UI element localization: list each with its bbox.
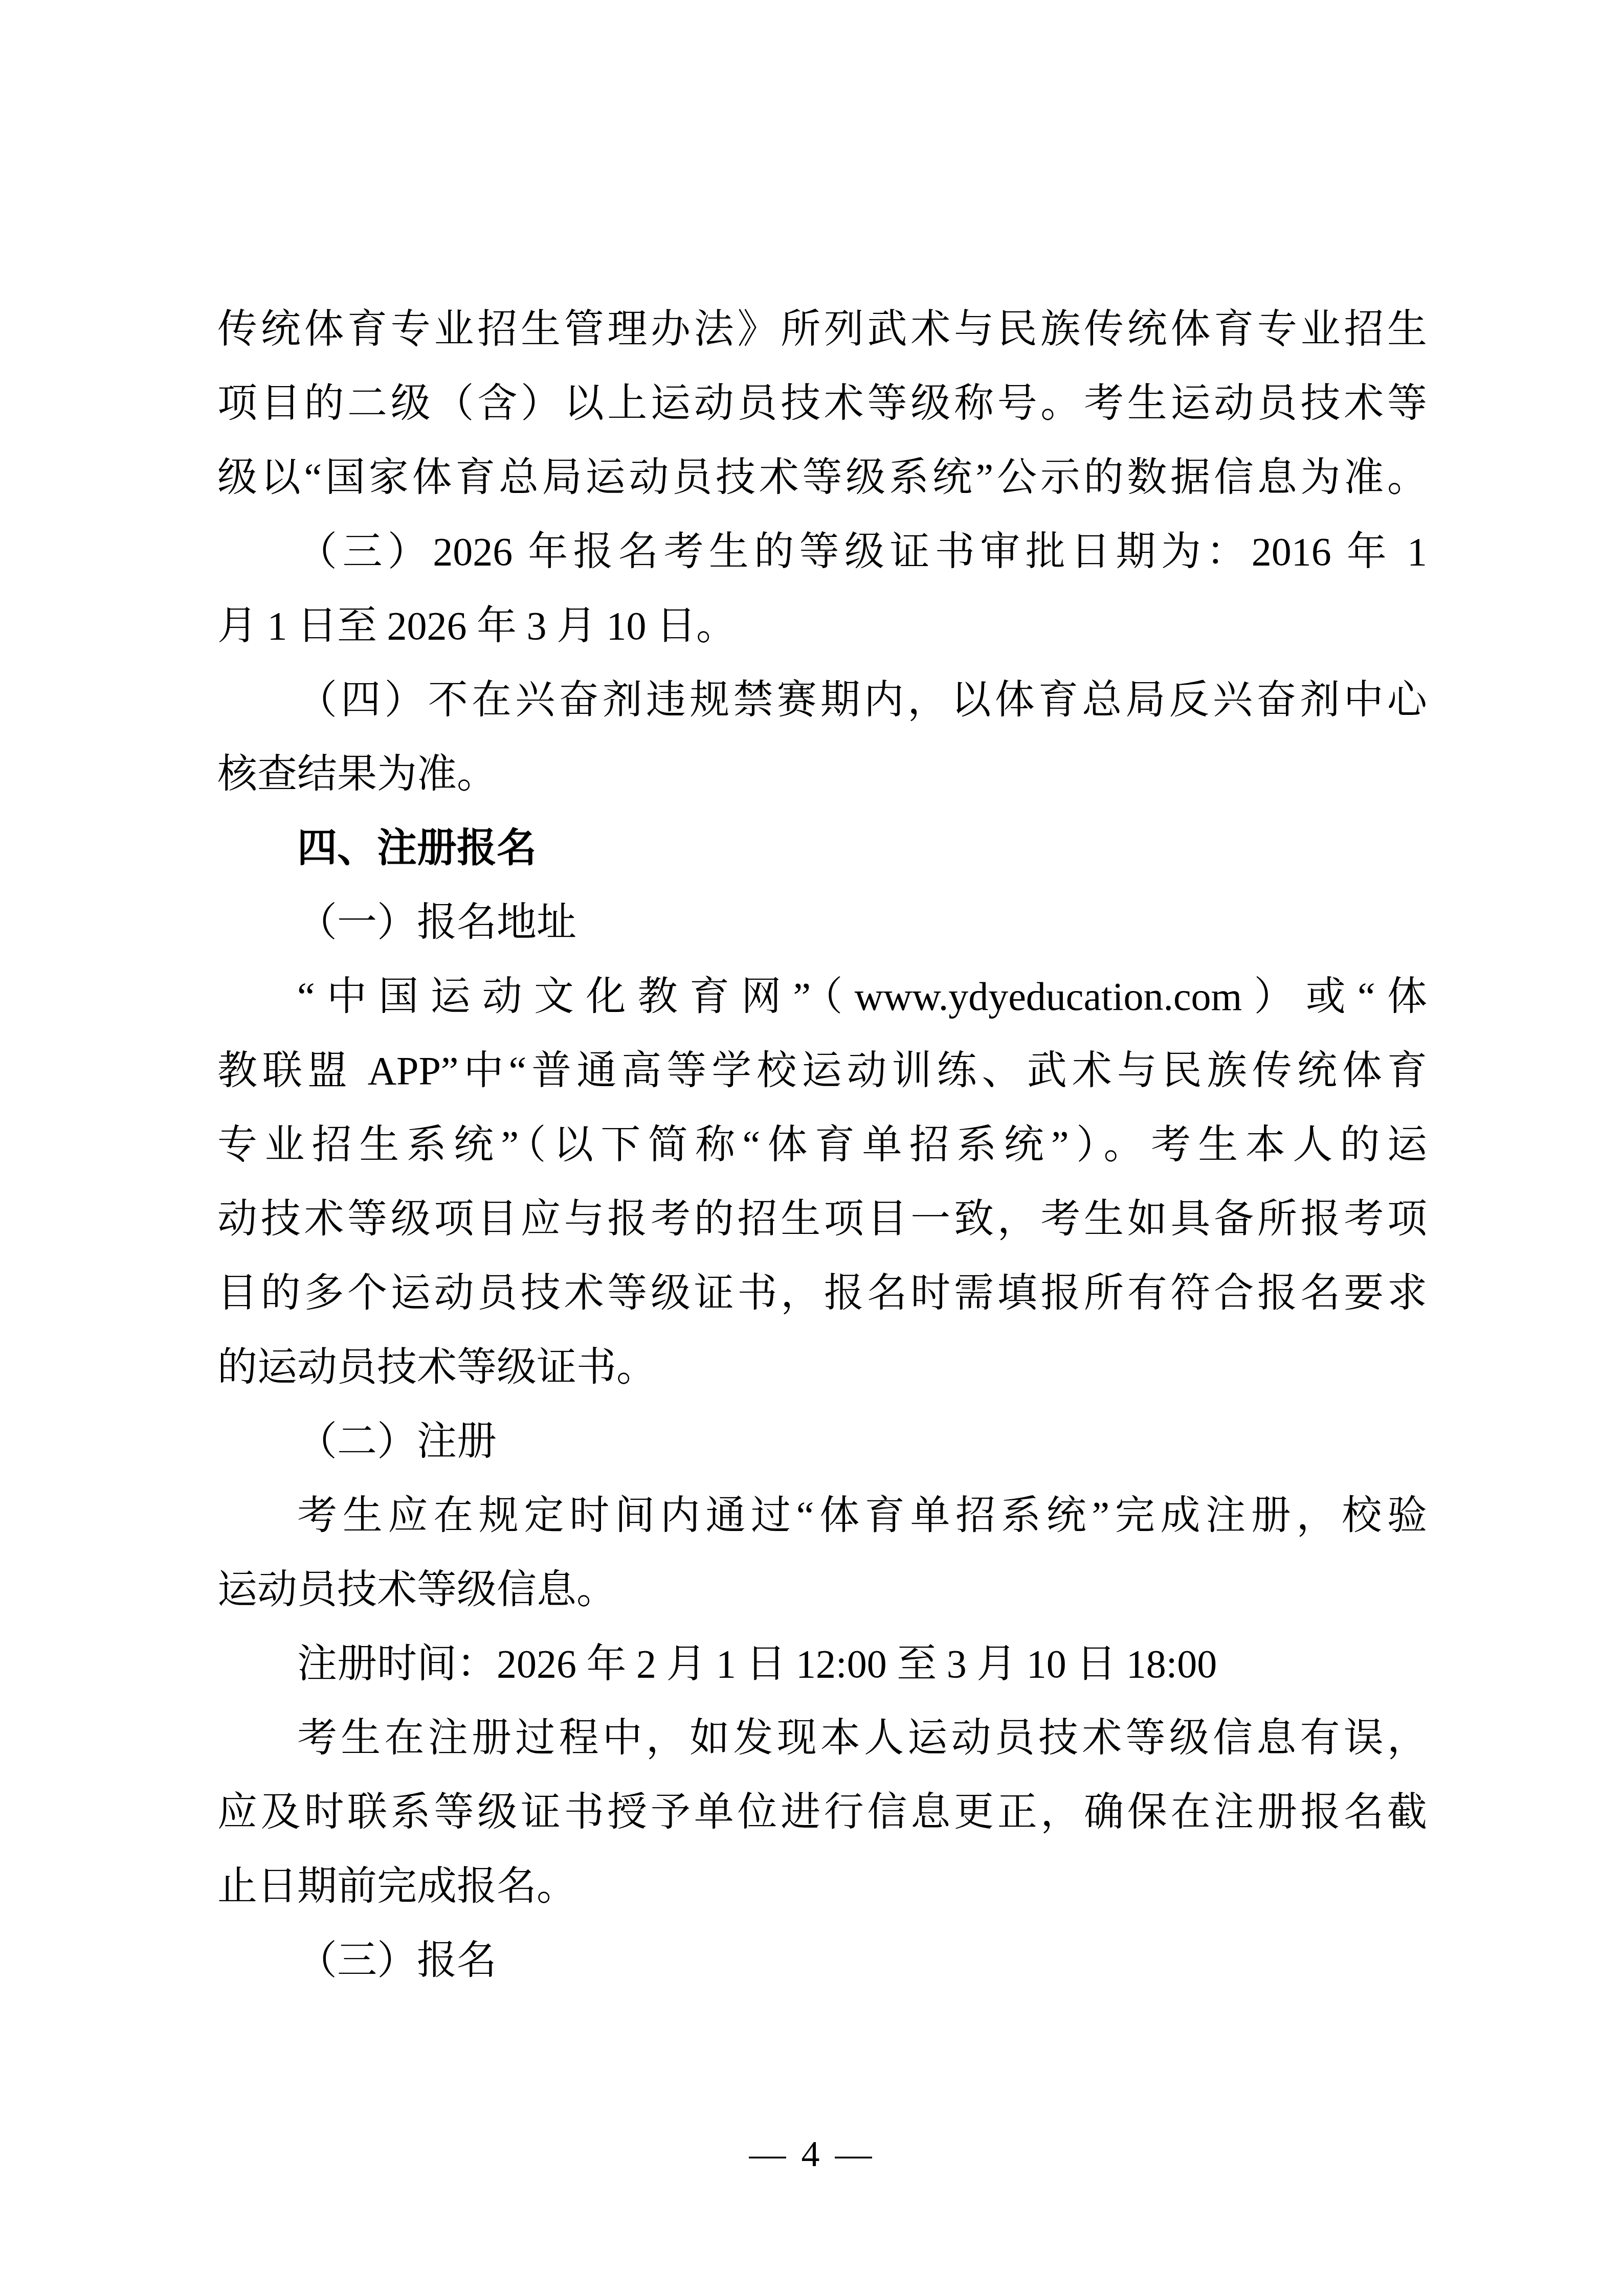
text-line: 传统体育专业招生管理办法》所列武术与民族传统体育专业招生: [217, 292, 1427, 366]
text-line: 应及时联系等级证书授予单位进行信息更正，确保在注册报名截: [217, 1775, 1427, 1849]
text-line: “中国运动文化教育网”（www.ydyeducation.com）或“体: [217, 959, 1427, 1033]
text-line: （三）2026 年报名考生的等级证书审批日期为：2016 年 1: [217, 514, 1427, 589]
page-number: — 4 —: [749, 2133, 875, 2174]
text-line: 止日期前完成报名。: [217, 1849, 1427, 1923]
section-heading: 四、注册报名: [217, 811, 1427, 885]
text-line: 核查结果为准。: [217, 737, 1427, 811]
text-line: （一）报名地址: [217, 885, 1427, 959]
text-line: （三）报名: [217, 1923, 1427, 1997]
text-line: 目的多个运动员技术等级证书，报名时需填报所有符合报名要求: [217, 1256, 1427, 1330]
text-line: 考生在注册过程中，如发现本人运动员技术等级信息有误，: [217, 1701, 1427, 1775]
text-line: 专业招生系统”（以下简称“体育单招系统”）。考生本人的运: [217, 1108, 1427, 1182]
text-line: 级以“国家体育总局运动员技术等级系统”公示的数据信息为准。: [217, 440, 1427, 514]
text-line: 月 1 日至 2026 年 3 月 10 日。: [217, 589, 1427, 663]
document-page: 传统体育专业招生管理办法》所列武术与民族传统体育专业招生项目的二级（含）以上运动…: [0, 0, 1624, 2296]
text-line: 考生应在规定时间内通过“体育单招系统”完成注册，校验: [217, 1478, 1427, 1552]
text-line: 项目的二级（含）以上运动员技术等级称号。考生运动员技术等: [217, 366, 1427, 440]
text-line: 运动员技术等级信息。: [217, 1552, 1427, 1627]
text-line: 的运动员技术等级证书。: [217, 1330, 1427, 1404]
text-line: 注册时间：2026 年 2 月 1 日 12:00 至 3 月 10 日 18:…: [217, 1627, 1427, 1701]
document-body: 传统体育专业招生管理办法》所列武术与民族传统体育专业招生项目的二级（含）以上运动…: [217, 292, 1427, 1997]
page-footer: — 4 —: [0, 2117, 1624, 2191]
text-line: 教联盟 APP”中“普通高等学校运动训练、武术与民族传统体育: [217, 1033, 1427, 1108]
text-line: （四）不在兴奋剂违规禁赛期内，以体育总局反兴奋剂中心: [217, 663, 1427, 737]
text-line: （二）注册: [217, 1404, 1427, 1478]
text-line: 动技术等级项目应与报考的招生项目一致，考生如具备所报考项: [217, 1182, 1427, 1256]
